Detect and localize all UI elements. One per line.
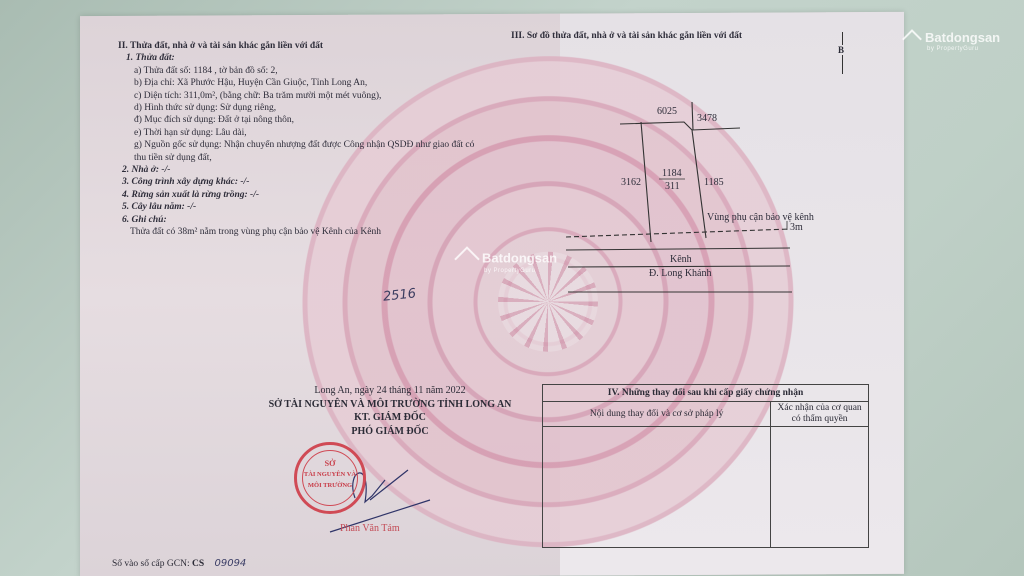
parcel-diagram: 6025 3478 3162 1185 1184 311 Vùng phụ cậ… <box>0 0 1024 576</box>
signer-title-2: PHÓ GIÁM ĐỐC <box>230 425 550 439</box>
corner-watermark: Batdongsan by PropertyGuru <box>905 30 1000 52</box>
changes-table: IV. Những thay đổi sau khi cấp giấy chứn… <box>542 384 869 548</box>
col-authority-confirmation: Xác nhận của cơ quan có thẩm quyền <box>771 402 869 427</box>
neighbor-top: 6025 <box>657 106 677 117</box>
road-label: Đ. Long Khánh <box>649 268 712 279</box>
watermark-logo-icon <box>454 246 479 271</box>
watermark-logo-icon <box>902 29 922 49</box>
parcel-area: 311 <box>665 181 680 192</box>
issuing-agency: SỞ TÀI NGUYÊN VÀ MÔI TRƯỜNG TỈNH LONG AN <box>230 398 550 412</box>
canal-label: Kênh <box>670 254 692 265</box>
section-4-heading: IV. Những thay đổi sau khi cấp giấy chứn… <box>543 385 869 402</box>
center-watermark: Batdongsan by PropertyGuru <box>458 250 557 274</box>
neighbor-top-right: 3478 <box>697 113 717 124</box>
official-seal: SỞ TÀI NGUYÊN VÀ MÔI TRƯỜNG <box>294 442 366 514</box>
signature-block: Long An, ngày 24 tháng 11 năm 2022 SỞ TÀ… <box>230 384 550 438</box>
seal-ring <box>302 450 358 506</box>
buffer-width-label: 3m <box>790 222 803 233</box>
authority-cell <box>771 427 869 548</box>
change-content-cell <box>543 427 771 548</box>
signer-title-1: KT. GIÁM ĐỐC <box>230 411 550 425</box>
neighbor-right: 1185 <box>704 177 724 188</box>
registry-number: Số vào sổ cấp GCN: CS 09094 <box>112 558 246 569</box>
issue-date: Long An, ngày 24 tháng 11 năm 2022 <box>230 384 550 398</box>
neighbor-left: 3162 <box>621 177 641 188</box>
signer-name: Phan Văn Tám <box>340 523 400 534</box>
col-change-content: Nội dung thay đổi và cơ sở pháp lý <box>543 402 771 427</box>
parcel-number: 1184 <box>662 168 682 179</box>
